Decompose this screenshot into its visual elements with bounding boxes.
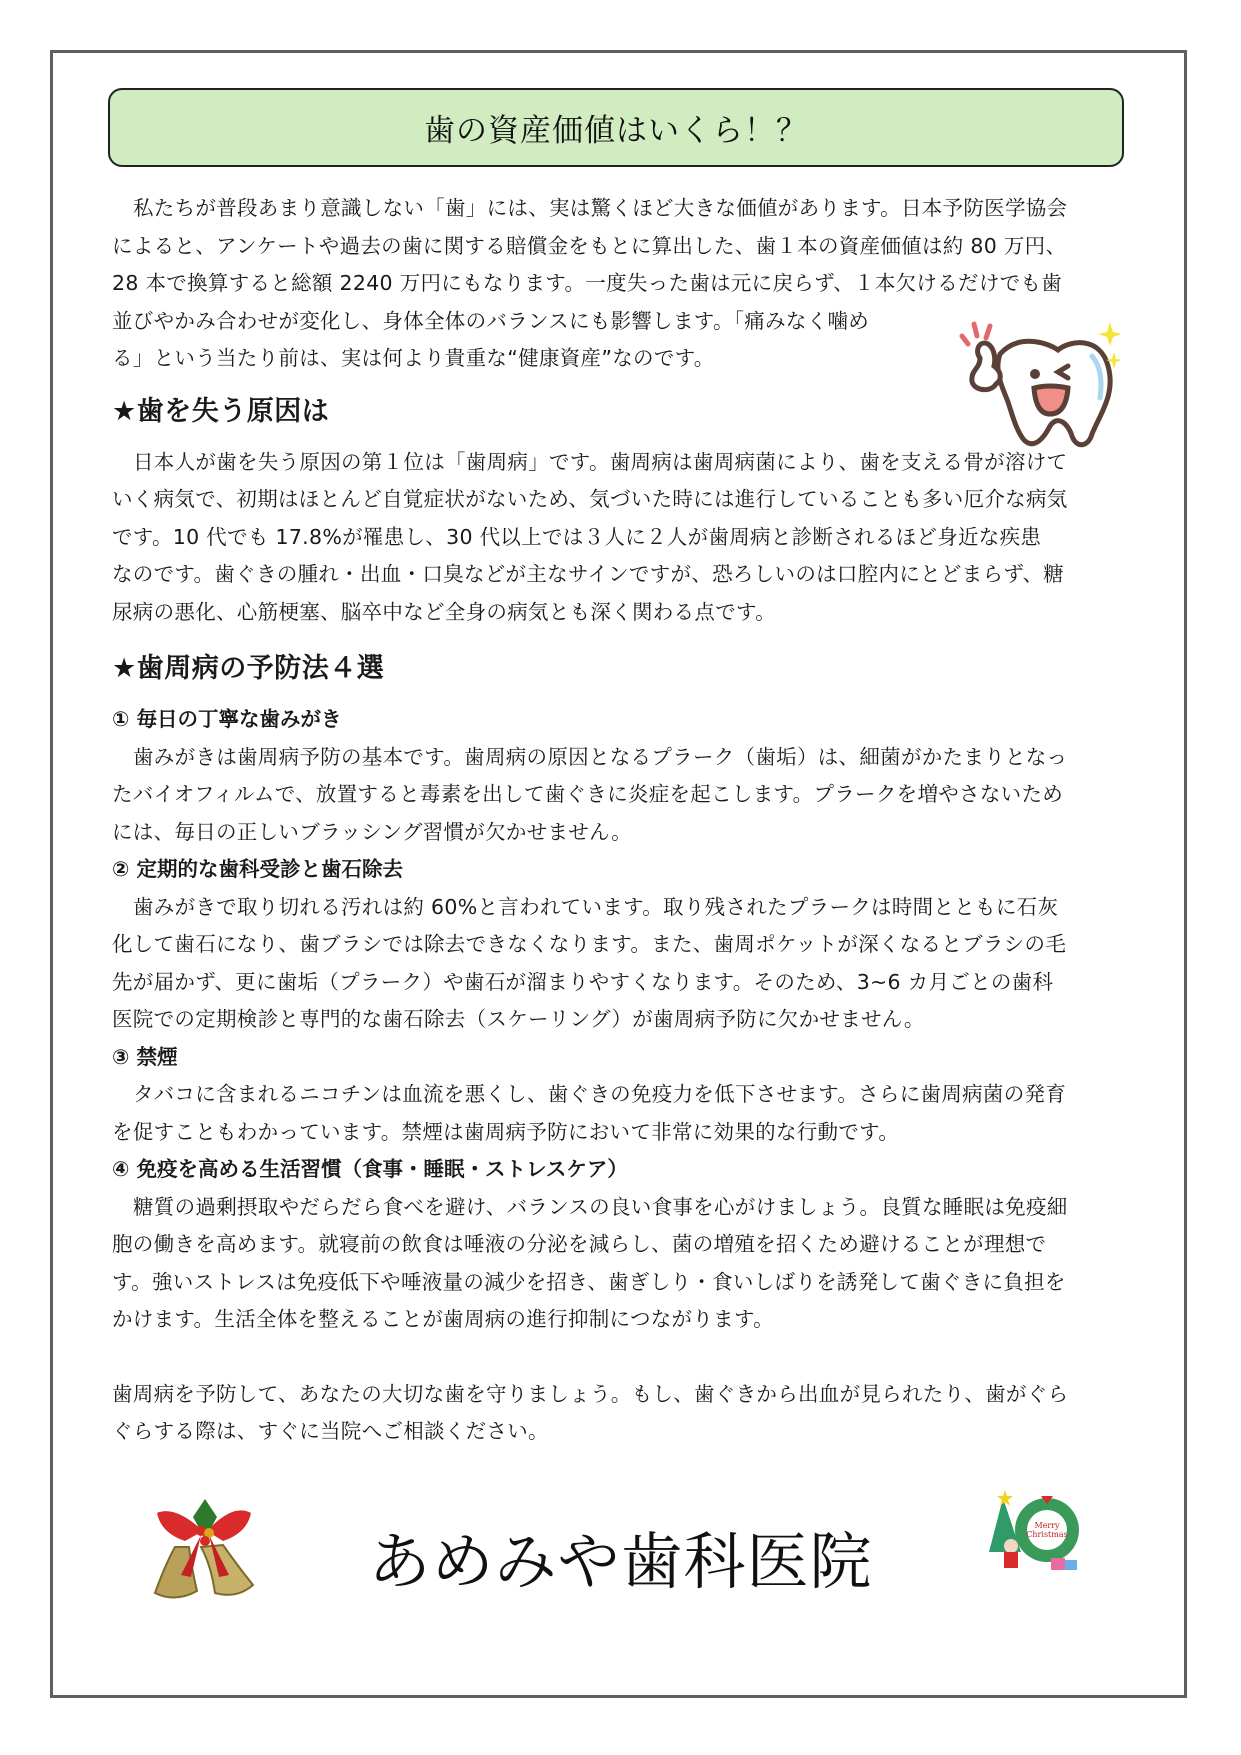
christmas-text: Christmas [1026,1530,1067,1539]
causes-line: です。10 代でも 17.8%が罹患し、30 代以上では３人に２人が歯周病と診断… [112,519,1120,557]
intro-line: 私たちが普段あまり意識しない「歯」には、実は驚くほど大きな価値があります。日本予… [112,190,1120,228]
prevention-line: 医院での定期検診と専門的な歯石除去（スケーリング）が歯周病予防に欠かせません。 [112,1001,1120,1039]
prevention-line: 歯みがきは歯周病予防の基本です。歯周病の原因となるプラーク（歯垢）は、細菌がかた… [112,739,1120,777]
prevention-line: たバイオフィルムで、放置すると毒素を出して歯ぐきに炎症を起こします。プラークを増… [112,776,1120,814]
prevention-item-3: ③ 禁煙 タバコに含まれるニコチンは血流を悪くし、歯ぐきの免疫力を低下させます。… [112,1039,1120,1152]
section-heading-causes: ★歯を失う原因は [112,392,1120,432]
prevention-line: には、毎日の正しいブラッシング習慣が欠かせません。 [112,814,1120,852]
causes-line: なのです。歯ぐきの腫れ・出血・口臭などが主なサインですが、恐ろしいのは口腔内にと… [112,556,1120,594]
prevention-item-4: ④ 免疫を高める生活習慣（食事・睡眠・ストレスケア） 糖質の過剰摂取やだらだら食… [112,1151,1120,1339]
closing-paragraph: 歯周病を予防して、あなたの大切な歯を守りましょう。もし、歯ぐきから出血が見られた… [112,1376,1120,1451]
causes-paragraph: 日本人が歯を失う原因の第１位は「歯周病」です。歯周病は歯周病菌により、歯を支える… [112,444,1120,632]
article-body: 私たちが普段あまり意識しない「歯」には、実は驚くほど大きな価値があります。日本予… [112,190,1120,1451]
intro-line: 28 本で換算すると総額 2240 万円にもなります。一度失った歯は元に戻らず、… [112,265,1120,303]
closing-line: 歯周病を予防して、あなたの大切な歯を守りましょう。もし、歯ぐきから出血が見られた… [112,1376,1120,1414]
intro-line: る」という当たり前は、実は何より貴重な“健康資産”なのです。 [112,340,1120,378]
prevention-line: 胞の働きを高めます。就寝前の飲食は唾液の分泌を減らし、菌の増殖を招くため避けるこ… [112,1226,1120,1264]
title-banner: 歯の資産価値はいくら！？ [108,88,1124,167]
intro-line: 並びやかみ合わせが変化し、身体全体のバランスにも影響します。「痛みなく噛め [112,303,1120,341]
prevention-line: 先が届かず、更に歯垢（プラーク）や歯石が溜まりやすくなります。そのため、3~6 … [112,964,1120,1002]
closing-line: ぐらする際は、すぐに当院へご相談ください。 [112,1413,1120,1451]
causes-line: 日本人が歯を失う原因の第１位は「歯周病」です。歯周病は歯周病菌により、歯を支える… [112,444,1120,482]
causes-line: 尿病の悪化、心筋梗塞、脳卒中など全身の病気とも深く関わる点です。 [112,594,1120,632]
prevention-item-title: ④ 免疫を高める生活習慣（食事・睡眠・ストレスケア） [112,1151,1120,1189]
prevention-line: を促すこともわかっています。禁煙は歯周病予防において非常に効果的な行動です。 [112,1114,1120,1152]
prevention-item-title: ① 毎日の丁寧な歯みがき [112,701,1120,739]
christmas-wreath-icon: Merry Christmas [985,1488,1085,1578]
prevention-item-title: ③ 禁煙 [112,1039,1120,1077]
prevention-line: かけます。生活全体を整えることが歯周病の進行抑制につながります。 [112,1301,1120,1339]
intro-line: によると、アンケートや過去の歯に関する賠償金をもとに算出した、歯１本の資産価値は… [112,228,1120,266]
page-title: 歯の資産価値はいくら！？ [424,105,808,150]
prevention-item-title: ② 定期的な歯科受診と歯石除去 [112,851,1120,889]
prevention-line: 糖質の過剰摂取やだらだら食べを避け、バランスの良い食事を心がけましょう。良質な睡… [112,1189,1120,1227]
prevention-line: す。強いストレスは免疫低下や唾液量の減少を招き、歯ぎしり・食いしばりを誘発して歯… [112,1264,1120,1302]
prevention-line: 歯みがきで取り切れる汚れは約 60%と言われています。取り残されたプラークは時間… [112,889,1120,927]
merry-text: Merry [1034,1521,1060,1530]
prevention-line: 化して歯石になり、歯ブラシでは除去できなくなります。また、歯周ポケットが深くなる… [112,926,1120,964]
prevention-item-1: ① 毎日の丁寧な歯みがき 歯みがきは歯周病予防の基本です。歯周病の原因となるプラ… [112,701,1120,851]
intro-paragraph: 私たちが普段あまり意識しない「歯」には、実は驚くほど大きな価値があります。日本予… [112,190,1120,378]
causes-line: いく病気で、初期はほとんど自覚症状がないため、気づいた時には進行していることも多… [112,481,1120,519]
prevention-line: タバコに含まれるニコチンは血流を悪くし、歯ぐきの免疫力を低下させます。さらに歯周… [112,1076,1120,1114]
prevention-item-2: ② 定期的な歯科受診と歯石除去 歯みがきで取り切れる汚れは約 60%と言われてい… [112,851,1120,1039]
section-heading-prevention: ★歯周病の予防法４選 [112,649,1120,689]
